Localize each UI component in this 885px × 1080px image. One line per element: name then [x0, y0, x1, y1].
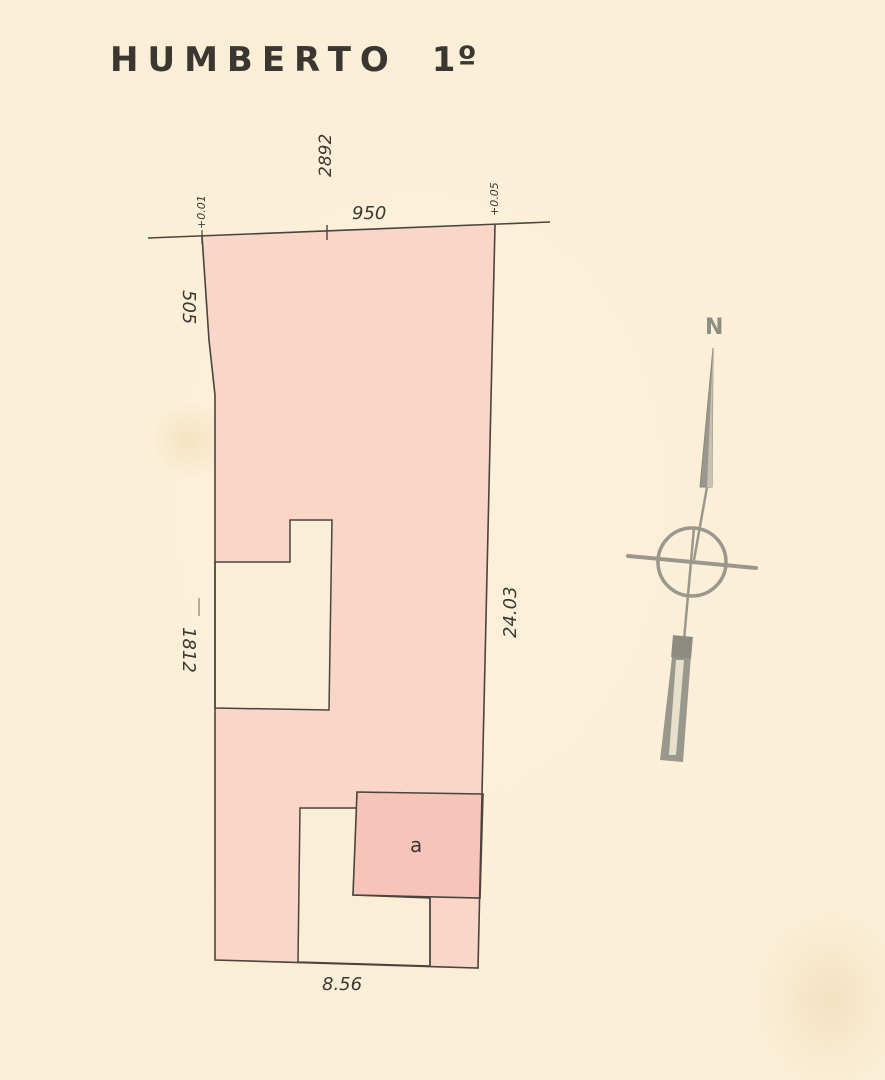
- back-dimension: 8.56: [322, 974, 362, 995]
- north-label: N: [705, 315, 723, 340]
- room-a-label: a: [410, 833, 422, 857]
- left-lower-dimension: 1812: [178, 627, 199, 673]
- level-right: +0.05: [488, 182, 501, 216]
- north-arrow-icon: N: [628, 315, 756, 762]
- right-side-dimension: 24.03: [500, 586, 521, 638]
- level-left: +0.01: [195, 195, 208, 229]
- left-upper-dimension: 505: [178, 290, 199, 324]
- frontage-dimension: 950: [352, 203, 386, 224]
- site-plan-drawing: 950 2892 +0.01 +0.05 505 1812 24.03 8.56…: [0, 0, 885, 1080]
- street-distance-dimension: 2892: [316, 134, 336, 177]
